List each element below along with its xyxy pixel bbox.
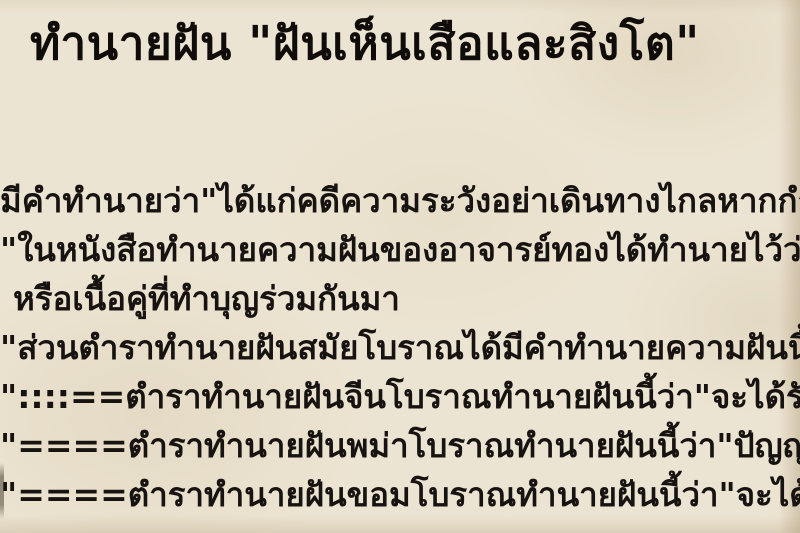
- dream-interpretation-text: มีคำทำนายว่า"ได้แก่คดีความระวังอย่าเดินท…: [0, 176, 800, 519]
- text-line: "====ตำราทำนายฝันพม่าโบราณทำนายฝันนี้ว่า…: [0, 421, 800, 470]
- paper-crease-mark: [0, 463, 4, 519]
- text-line: "ส่วนตำราทำนายฝันสมัยโบราณได้มีคำทำนายคว…: [0, 323, 800, 372]
- text-line: มีคำทำนายว่า"ได้แก่คดีความระวังอย่าเดินท…: [0, 176, 800, 225]
- text-line: "ในหนังสือทำนายความฝันของอาจารย์ทองได้ทำ…: [0, 225, 800, 274]
- text-line: หรือเนื้อคู่ที่ทำบุญร่วมกันมา: [0, 274, 800, 323]
- paper-background: ทำนายฝัน "ฝันเห็นเสือและสิงโต" มีคำทำนาย…: [0, 0, 800, 533]
- text-line: "::::==ตำราทำนายฝันจีนโบราณทำนายฝันนี้ว่…: [0, 372, 800, 421]
- text-line: "====ตำราทำนายฝันขอมโบราณทำนายฝันนี้ว่า"…: [0, 470, 800, 519]
- page-title: ทำนายฝัน "ฝันเห็นเสือและสิงโต": [30, 8, 800, 78]
